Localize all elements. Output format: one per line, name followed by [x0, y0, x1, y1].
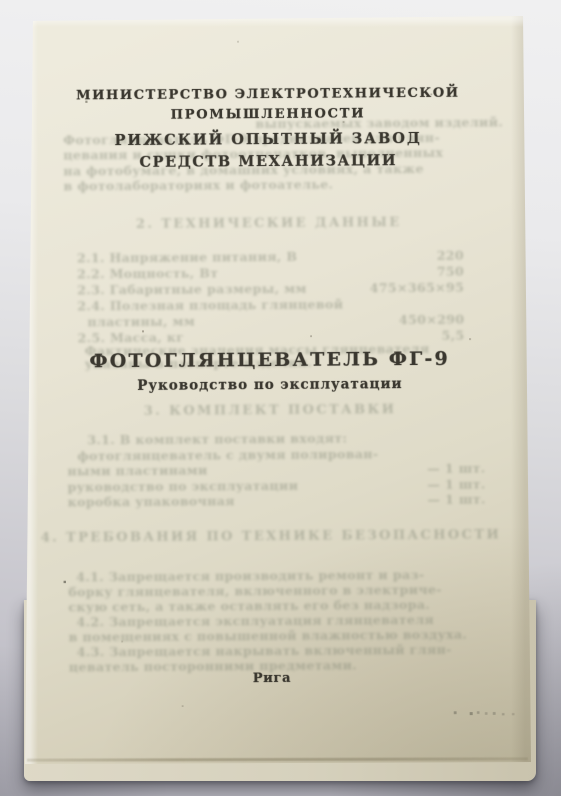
cover-printed-text: МИНИСТЕРСТВО ЭЛЕКТРОТЕХНИЧЕСКОЙ ПРОМЫШЛЕ…: [30, 0, 510, 796]
plant-line-1: РИЖСКИЙ ОПЫТНЫЙ ЗАВОД: [31, 129, 505, 149]
booklet-cover-page: выпускаемых заводом изделий.Фотоглянцева…: [0, 0, 561, 796]
ministry-line-2: ПРОМЫШЛЕННОСТИ: [31, 105, 505, 123]
cover-ink-layer: выпускаемых заводом изделий.Фотоглянцева…: [0, 0, 561, 796]
city-imprint: Рига: [35, 669, 509, 687]
ministry-line-1: МИНИСТЕРСТВО ЭЛЕКТРОТЕХНИЧЕСКОЙ: [31, 85, 505, 103]
plant-line-2: СРЕДСТВ МЕХАНИЗАЦИИ: [31, 151, 505, 171]
photo: выпускаемых заводом изделий.Фотоглянцева…: [0, 0, 561, 796]
manual-subtitle: Руководство по эксплуатации: [33, 375, 507, 394]
pencil-mark: [454, 709, 456, 711]
product-title: ФОТОГЛЯНЦЕВАТЕЛЬ ФГ-9: [33, 347, 507, 372]
